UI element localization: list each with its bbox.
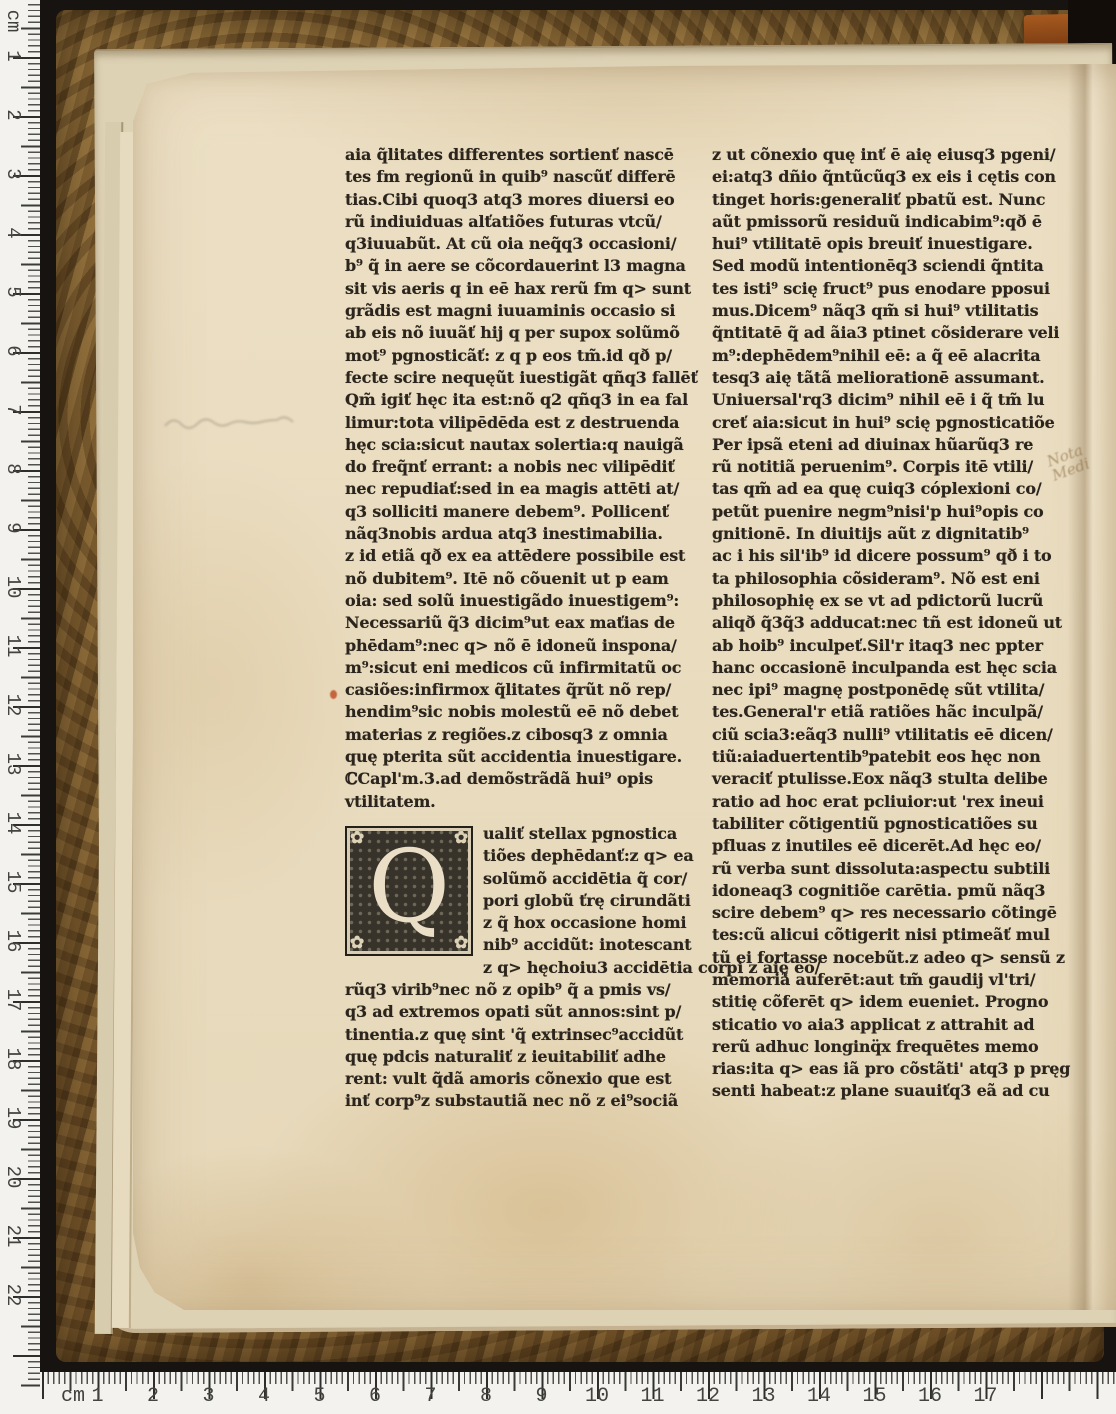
ruler-number: 17	[2, 987, 24, 1013]
text-line: sit vis aeris q in eē hax rerũ fm q> sun…	[345, 278, 709, 300]
ruler-number: 15	[2, 869, 24, 895]
text-line: nec ipi⁹ magnę postponēdę sũt vtilita/	[712, 679, 1070, 701]
ruler-number: 18	[2, 1046, 24, 1072]
ruler-number: 9	[2, 515, 24, 541]
text-line: veraciť ptulisse.Eox nãq3 stulta delibe	[712, 768, 1070, 790]
ruler-number: 4	[250, 1385, 278, 1408]
text-line: mot⁹ pgnosticãť: z q p eos tm̃.id qð p/	[345, 345, 709, 367]
text-line: Qm̃ igiť hęc ita est:nõ q2 qñq3 in ea fa…	[345, 389, 709, 411]
ruler-number: 3	[2, 161, 24, 187]
ruler-number: 10	[583, 1385, 611, 1408]
text-line: senti habeat:z plane suauiťq3 eã ad cu	[712, 1080, 1070, 1102]
text-line: rũq3 virib⁹nec nõ z opib⁹ q̃ a pmis vs/	[345, 979, 709, 1001]
text-column-left: aia q̃litates differentes sortienť nascē…	[345, 144, 709, 1113]
ruler-number: 13	[2, 751, 24, 777]
text-line: rũ notitiã peruenim⁹. Corpis itē vtili/	[712, 456, 1070, 478]
text-line: creť aia:sicut in hui⁹ scię pgnosticatiõ…	[712, 412, 1070, 434]
floret-icon: ✿	[350, 830, 364, 847]
text-line: limur:tota vilipēdēda est z destruenda	[345, 412, 709, 434]
floret-icon: ✿	[350, 935, 364, 952]
text-line: q̃ntitatē q̃ ad ãia3 ptinet cõsiderare v…	[712, 322, 1070, 344]
text-line: rũ verba sunt dissoluta:aspectu subtili	[712, 858, 1070, 880]
text-line: scire debem⁹ q> res necessario cõtingē	[712, 902, 1070, 924]
text-line: ratio ad hoc erat pcliuior:ut 'rex ineui	[712, 791, 1070, 813]
text-line: hui⁹ vtilitatē opis breuiť inuestigare.	[712, 233, 1070, 255]
text-line: aia q̃litates differentes sortienť nascē	[345, 144, 709, 166]
text-line: sticatio vo aia3 applicat z attrahit ad	[712, 1014, 1070, 1036]
text-line: quę pterita sũt accidentia inuestigare.	[345, 746, 709, 768]
text-line: Per ipsã eteni ad diuinax hũarũq3 re	[712, 434, 1070, 456]
text-line: ta philosophia cõsideram⁹. Nõ est eni	[712, 568, 1070, 590]
ruler-number: 15	[861, 1385, 889, 1408]
text-line: ℂCapl'm.3.ad demõstrãdã hui⁹ opis	[345, 768, 709, 790]
left-cm-ruler: cm 12345678910111213141516171819202122	[0, 0, 40, 1414]
text-line: ac i his sil'ib⁹ id dicere possum⁹ qð i …	[712, 545, 1070, 567]
text-line: hanc occasionē inculpanda est hęc scia	[712, 657, 1070, 679]
ruler-number: 2	[2, 102, 24, 128]
ruler-number: 7	[417, 1385, 445, 1408]
text-line: m⁹:sicut eni medicos cũ infirmitatũ oc	[345, 657, 709, 679]
text-line: phēdam⁹:nec q> nõ ē idoneũ inspona/	[345, 635, 709, 657]
ruler-number: 10	[2, 574, 24, 600]
text-line: pfluas z inutiles eē dicerēt.Ad hęc eo/	[712, 835, 1070, 857]
text-line: tũ ei fortasse nocebũt.z adeo q> sensũ z	[712, 947, 1070, 969]
text-line: tiũ:aiaduertentib⁹patebit eos hęc non	[712, 746, 1070, 768]
text-line: materias z regiões.z cibosq3 z omnia	[345, 724, 709, 746]
text-line: mus.Dicem⁹ nãq3 qm̃ si hui⁹ vtilitatis	[712, 300, 1070, 322]
ruler-number: 4	[2, 220, 24, 246]
ruler-number: 6	[361, 1385, 389, 1408]
text-line: tas qm̃ ad ea quę cuiq3 cóplexioni co/	[712, 478, 1070, 500]
text-line: casiões:infirmox q̃litates q̃rũt nõ rep/	[345, 679, 709, 701]
text-line: tabiliter cõtigentiũ pgnosticatiões su	[712, 813, 1070, 835]
text-line: memoriã auferēt:aut tm̃ gaudij vl'tri/	[712, 969, 1070, 991]
text-line: tes fm regionũ in quib⁹ nascũť differē	[345, 166, 709, 188]
text-line: aliqð q̃3q̃3 adducat:nec tñ est idoneũ u…	[712, 612, 1070, 634]
text-line: tesq3 aię tãtã meliorationē assumant.	[712, 367, 1070, 389]
text-line: tinget horis:generaliť pbatũ est. Nunc	[712, 189, 1070, 211]
text-line: stitię cõferēt q> idem eueniet. Progno	[712, 991, 1070, 1013]
text-line: Necessariũ q̃3 dicim⁹ut eax maťias de	[345, 612, 709, 634]
ruler-number: 5	[306, 1385, 334, 1408]
rubric-red-mark	[330, 690, 337, 699]
scanned-book-photo: Nota Medi aia q̃litates differentes sort…	[0, 0, 1116, 1414]
text-line: do freq̃nť errant: a nobis nec vilipēdiť	[345, 456, 709, 478]
text-line: z q> hęchoiu3 accidētia corpi z aię eo/	[345, 957, 709, 979]
text-line: tes isti⁹ scię fruct⁹ pus enodare pposui	[712, 278, 1070, 300]
book-page: Nota Medi aia q̃litates differentes sort…	[133, 64, 1116, 1310]
ruler-number: 1	[2, 43, 24, 69]
ruler-number: 8	[2, 456, 24, 482]
text-line: idoneaq3 cognitiõe carētia. pmũ nãq3	[712, 880, 1070, 902]
ink-show-through	[161, 408, 321, 438]
text-line: oia: sed solũ inuestigãdo inuestigem⁹:	[345, 590, 709, 612]
ruler-number: 14	[2, 810, 24, 836]
text-line: rent: vult q̃dã amoris cõnexio que est	[345, 1068, 709, 1090]
page-fold-shadow	[1068, 64, 1108, 1310]
floret-icon: ✿	[454, 830, 468, 847]
ruler-unit-label: cm	[2, 8, 24, 34]
text-line: rũ indiuiduas alťatiões futuras vtcũ/	[345, 211, 709, 233]
ruler-number: 14	[805, 1385, 833, 1408]
text-line: b⁹ q̃ in aere se cõcordauerint l3 magna	[345, 255, 709, 277]
ruler-number: 22	[2, 1282, 24, 1308]
text-line: gnitionē. In diuitijs aũt z dignitatib⁹	[712, 523, 1070, 545]
text-line: fecte scire nequęũt iuestigãt qñq3 fallē…	[345, 367, 709, 389]
ruler-number: 17	[972, 1385, 1000, 1408]
ruler-number: 19	[2, 1105, 24, 1131]
text-line: rerũ adhuc longinq̈x frequētes memo	[712, 1036, 1070, 1058]
text-line: ei:atq3 dñio q̃ntũcũq3 ex eis i cętis co…	[712, 166, 1070, 188]
ruler-number: 3	[195, 1385, 223, 1408]
text-line: hęc scia:sicut nautax solertia:q nauigã	[345, 434, 709, 456]
text-line: q3 solliciti manere debem⁹. Pollicenť	[345, 501, 709, 523]
text-line: quę pdcis naturaliť z ieuitabiliť adhe	[345, 1046, 709, 1068]
ruler-number: 6	[2, 338, 24, 364]
text-line: Uniuersal'rq3 dicim⁹ nihil eē i q̃ tm̃ l…	[712, 389, 1070, 411]
text-line: ciũ scia3:eãq3 nulli⁹ vtilitatis eē dice…	[712, 724, 1070, 746]
text-line: nãq3nobis ardua atq3 inestimabilia.	[345, 523, 709, 545]
ruler-number: 16	[2, 928, 24, 954]
text-line: nõ dubitem⁹. Itē nõ cõuenit ut p eam	[345, 568, 709, 590]
text-column-right: z ut cõnexio quę inť ē aię eiusq3 pgeni/…	[712, 144, 1070, 1103]
text-line: aũt pmissorũ residuũ indicabim⁹:qð ē	[712, 211, 1070, 233]
woodcut-initial-capital: ✿ ✿ ✿ ✿ Q	[345, 826, 473, 956]
floret-icon: ✿	[454, 935, 468, 952]
text-line: nec repudiať:sed in ea magis attēti at/	[345, 478, 709, 500]
ruler-number: 8	[472, 1385, 500, 1408]
text-line: tias.Cibi quoq3 atq3 mores diuersi eo	[345, 189, 709, 211]
text-line: petũt puenire negm⁹nisi'p hui⁹opis co	[712, 501, 1070, 523]
ruler-number: 16	[916, 1385, 944, 1408]
ruler-number: 12	[694, 1385, 722, 1408]
bottom-cm-ruler: cm 1234567891011121314151617	[0, 1372, 1116, 1414]
ruler-number: 13	[750, 1385, 778, 1408]
chapter-paragraph: ✿ ✿ ✿ ✿ Q ualiť stellax pgnosticatiões d…	[345, 823, 709, 1113]
text-line: m⁹:dephēdem⁹nihil eē: a q̃ eē alacrita	[712, 345, 1070, 367]
text-line: Sed modũ intentionēq3 sciendi q̃ntita	[712, 255, 1070, 277]
ruler-number: 7	[2, 397, 24, 423]
text-line: vtilitatem.	[345, 791, 709, 813]
ruler-number: 9	[528, 1385, 556, 1408]
text-line: q3iuuabũt. At cũ oia neq̃q3 occasioni/	[345, 233, 709, 255]
text-line: tinentia.z quę sint 'q̃ extrinsec⁹accidũ…	[345, 1024, 709, 1046]
ruler-number: 11	[2, 633, 24, 659]
ruler-number: 20	[2, 1164, 24, 1190]
text-line: hendim⁹sic nobis molestũ eē nõ debet	[345, 701, 709, 723]
initial-letter: Q	[368, 828, 450, 945]
text-line: tes:cũ alicui cõtigerit nisi ptimeãť mul	[712, 924, 1070, 946]
ruler-number: 11	[639, 1385, 667, 1408]
text-line: rias:ita q> eas iã pro cõstãti' atq3 p p…	[712, 1058, 1070, 1080]
ruler-number: 21	[2, 1223, 24, 1249]
text-line: tes.General'r etiã ratiões hãc inculpã/	[712, 701, 1070, 723]
ruler-number: 2	[139, 1385, 167, 1408]
text-line: ab hoib⁹ inculpeť.Sil'r itaq3 nec ppter	[712, 635, 1070, 657]
text-line: z id etiã qð ex ea attēdere possibile es…	[345, 545, 709, 567]
text-line: q3 ad extremos opati sũt annos:sint p/	[345, 1001, 709, 1023]
ruler-number: 12	[2, 692, 24, 718]
ruler-number: 5	[2, 279, 24, 305]
text-line: grãdis est magni iuuaminis occasio si	[345, 300, 709, 322]
text-line: z ut cõnexio quę inť ē aię eiusq3 pgeni/	[712, 144, 1070, 166]
ruler-number: 1	[84, 1385, 112, 1408]
text-line: ab eis nõ iuuãť hij q per supox solũmõ	[345, 322, 709, 344]
text-line: philosophię ex se vt ad pdictorũ lucrũ	[712, 590, 1070, 612]
text-line: inť corp⁹z substautiã nec nõ z ei⁹sociã	[345, 1090, 709, 1112]
